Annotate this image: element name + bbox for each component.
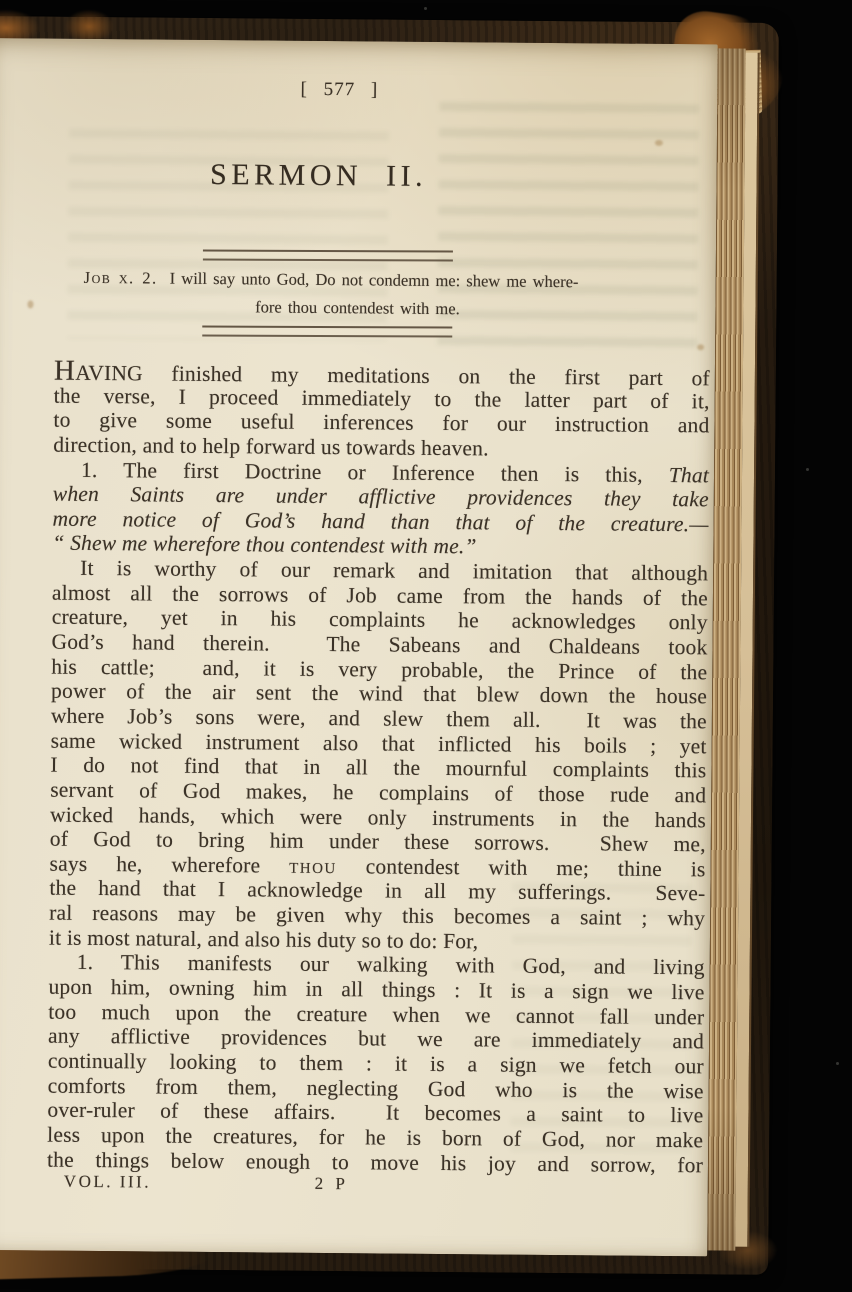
sermon-heading: SERMON II. — [0, 156, 639, 196]
scripture-line-1: Job x. 2.I will say unto God, Do not con… — [84, 264, 632, 297]
divider-rule-top — [203, 249, 453, 261]
foxing-spot — [655, 140, 663, 146]
scripture-block: Job x. 2.I will say unto God, Do not con… — [83, 264, 631, 325]
footer-volume: VOL. III. — [64, 1172, 151, 1193]
divider-rule-bottom — [202, 325, 452, 337]
scripture-line-2: fore thou contendest with me. — [83, 292, 631, 325]
book: [ 577 ] SERMON II. Job x. 2.I will say u… — [0, 16, 779, 1275]
scripture-text: I will say unto God, Do not condemn me: … — [170, 269, 579, 292]
dust-speck — [424, 7, 427, 10]
dust-speck — [836, 1062, 839, 1065]
scripture-reference: Job x. 2. — [84, 268, 158, 288]
dust-speck — [806, 468, 809, 471]
foxing-spot — [697, 344, 704, 350]
footer-signature: 2 P — [315, 1174, 349, 1194]
body-text: HAVING finished my meditations on the fi… — [47, 359, 710, 1178]
book-photo: [ 577 ] SERMON II. Job x. 2.I will say u… — [0, 0, 852, 1292]
foxing-spot — [27, 300, 33, 308]
